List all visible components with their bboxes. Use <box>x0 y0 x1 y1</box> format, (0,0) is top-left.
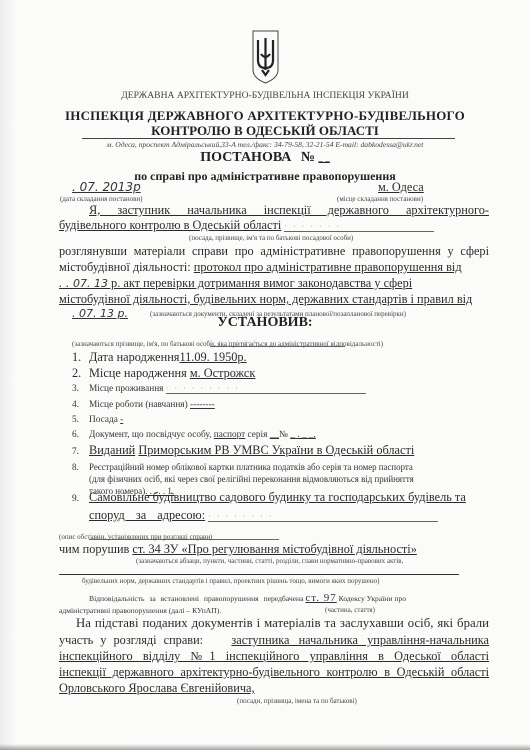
inspection-name-line2: КОНТРОЛЮ В ОДЕСЬКІЙ ОБЛАСТІ <box>0 123 530 139</box>
item-birth-place: 2.Місце народження м. Острожск <box>72 366 255 381</box>
item-position: 5.Посада - <box>72 415 123 425</box>
liability-line2: адміністративні правопорушення (далі – К… <box>59 606 221 615</box>
blank-line <box>59 574 459 575</box>
item-id-document: 6.Документ, що посвідчує особу, паспорт … <box>72 430 316 440</box>
violation-prefix: чим порушив <box>59 542 132 556</box>
item-residence: 3.Місце проживання · · · · · · · · · <box>72 384 366 394</box>
item-label: Місце проживання <box>89 384 163 394</box>
item-issued-by: 7.Виданий Приморським РВ УМВС України в … <box>72 443 414 458</box>
liability-text: Відповідальність за встановлені правопор… <box>89 594 303 603</box>
item-number: 5. <box>72 415 89 425</box>
circumstances-caption: (опис обставин, установлених при розгляд… <box>59 533 212 541</box>
number-label: № <box>279 430 288 440</box>
item-number: 7. <box>72 447 89 457</box>
document-title: ПОСТАНОВА № _ _ <box>0 150 530 166</box>
scan-bottom-edge <box>0 744 530 750</box>
place-value: м. Одеса <box>378 180 424 195</box>
header-divider <box>82 138 455 139</box>
materials-line4: містобудівної діяльності, будівельних но… <box>59 292 472 307</box>
participant-name: Орловського Ярослава Євгенійовича, <box>59 681 255 696</box>
item-number: 3. <box>72 384 89 394</box>
materials-line2-plain: містобудівної діяльності: <box>59 260 194 274</box>
item-number: 6. <box>72 430 89 440</box>
violation-line: чим порушив ст. 34 ЗУ «Про регулювання м… <box>59 542 417 557</box>
item-value: -------- <box>190 400 215 410</box>
official-name-redacted: · · · · · · · <box>284 222 434 232</box>
item-label: Документ, що посвідчує особу, <box>89 430 211 440</box>
official-line2: будівельного контролю в Одеській області… <box>59 218 434 233</box>
number-value: _ . _ _, <box>290 430 316 440</box>
item-value: - <box>120 415 123 425</box>
liability-code: Кодексу України про <box>339 594 406 603</box>
item-label: Місце народження <box>89 366 187 380</box>
protocol-date: . . 07. 13 <box>59 277 108 290</box>
materials-line2: містобудівної діяльності: протокол про а… <box>59 260 462 275</box>
participants-line3: інспекційного відділу №1 інспекційного у… <box>59 649 489 664</box>
liability-line1: Відповідальність за встановлені правопор… <box>89 592 406 604</box>
agency-name: ДЕРЖАВНА АРХІТЕКТУРНО-БУДІВЕЛЬНА ІНСПЕКЦ… <box>0 90 530 101</box>
materials-line1: розглянувши матеріали справи про адмініс… <box>59 244 489 259</box>
person-caption: (зазначаються прізвище, ім'я, по батьков… <box>72 340 383 348</box>
act-reference: р. акт перевірки дотримання вимог законо… <box>108 276 412 290</box>
participant-position: заступника начальника управління-начальн… <box>203 633 489 648</box>
description-line1: Самовільне будівництво садового будинку … <box>89 490 466 504</box>
item-label-line1: Реєстраційний номер облікової картки пла… <box>89 462 413 472</box>
participants-label: участь у розгляді справи: <box>59 633 203 648</box>
contact-info: м. Одеса, проспект Адміральський,33-А те… <box>0 140 530 149</box>
address-label: споруд за адресою: <box>89 508 205 522</box>
item-value: м. Острожск <box>190 366 256 380</box>
item-value: Приморським РВ УМВС України в Одеській о… <box>138 443 414 457</box>
official-caption: (посада, прізвище, ім'я та по батькові п… <box>189 234 353 242</box>
item-number: 2. <box>72 366 89 381</box>
series-label: серія <box>248 430 268 440</box>
item-value-redacted: · · · · · · · · · <box>166 384 366 394</box>
date-caption: (дата складання постанови) <box>60 195 142 203</box>
item-label: Дата народження <box>89 350 179 364</box>
series-value: __ <box>270 430 279 440</box>
address-redacted-line1: · · · · · · · · <box>208 512 438 522</box>
item-number: 9. <box>72 494 89 504</box>
official-line1: Я, заступник начальника інспекції держав… <box>89 203 489 218</box>
number-label: № <box>301 150 315 165</box>
liability-article: ст. 97 <box>305 592 336 604</box>
document-type: паспорт <box>214 430 245 440</box>
item-label: Посада <box>89 415 118 425</box>
item-label-line2: (для фізичних осіб, які через свої реліг… <box>72 474 414 484</box>
established-heading: УСТАНОВИВ: <box>0 315 530 331</box>
item-number: 4. <box>72 400 89 410</box>
violation-caption1: (зазначаються абзаци, пункти, частини, с… <box>136 557 403 565</box>
participants-line4: інспекції державного архітектурно-будіве… <box>59 665 489 680</box>
item-birth-date: 1.Дата народження11.09. 1950р. <box>72 350 247 365</box>
participants-line2: участь у розгляді справи: заступника нач… <box>59 633 489 648</box>
item-workplace: 4.Місце роботи (навчання) -------- <box>72 400 215 410</box>
item-number: 1. <box>72 350 89 365</box>
liability-caption: (частина, стаття) <box>325 606 375 614</box>
violated-law: ст. 34 ЗУ «Про регулювання містобудівної… <box>132 542 416 556</box>
number-value: _ _ <box>319 153 330 163</box>
protocol-reference: протокол про адміністративне правопоруше… <box>194 260 462 274</box>
date-value: . 07. 2013р <box>72 180 162 194</box>
materials-line3: . . 07. 13 р. акт перевірки дотримання в… <box>59 276 412 291</box>
inspection-name-line1: ІНСПЕКЦІЯ ДЕРЖАВНОГО АРХІТЕКТУРНО-БУДІВЕ… <box>0 108 530 124</box>
item-number: 8. <box>72 462 89 472</box>
place-caption: (місце складання постанови) <box>337 195 423 203</box>
trident-coat-of-arms-icon <box>252 30 279 84</box>
document-type: ПОСТАНОВА <box>200 150 291 165</box>
participants-caption: (посади, прізвища, імена та по батькові) <box>237 697 357 705</box>
item-label: Виданий <box>89 443 135 457</box>
scanned-document-page: ДЕРЖАВНА АРХІТЕКТУРНО-БУДІВЕЛЬНА ІНСПЕКЦ… <box>0 0 530 750</box>
participants-line1: На підставі поданих документів і матеріа… <box>76 616 489 631</box>
violation-caption2: будівельних норм, державних стандартів і… <box>82 577 379 585</box>
item-value: 11.09. 1950р. <box>179 350 246 364</box>
official-org: будівельного контролю в Одеській області <box>59 218 281 232</box>
item-label: Місце роботи (навчання) <box>89 400 188 410</box>
